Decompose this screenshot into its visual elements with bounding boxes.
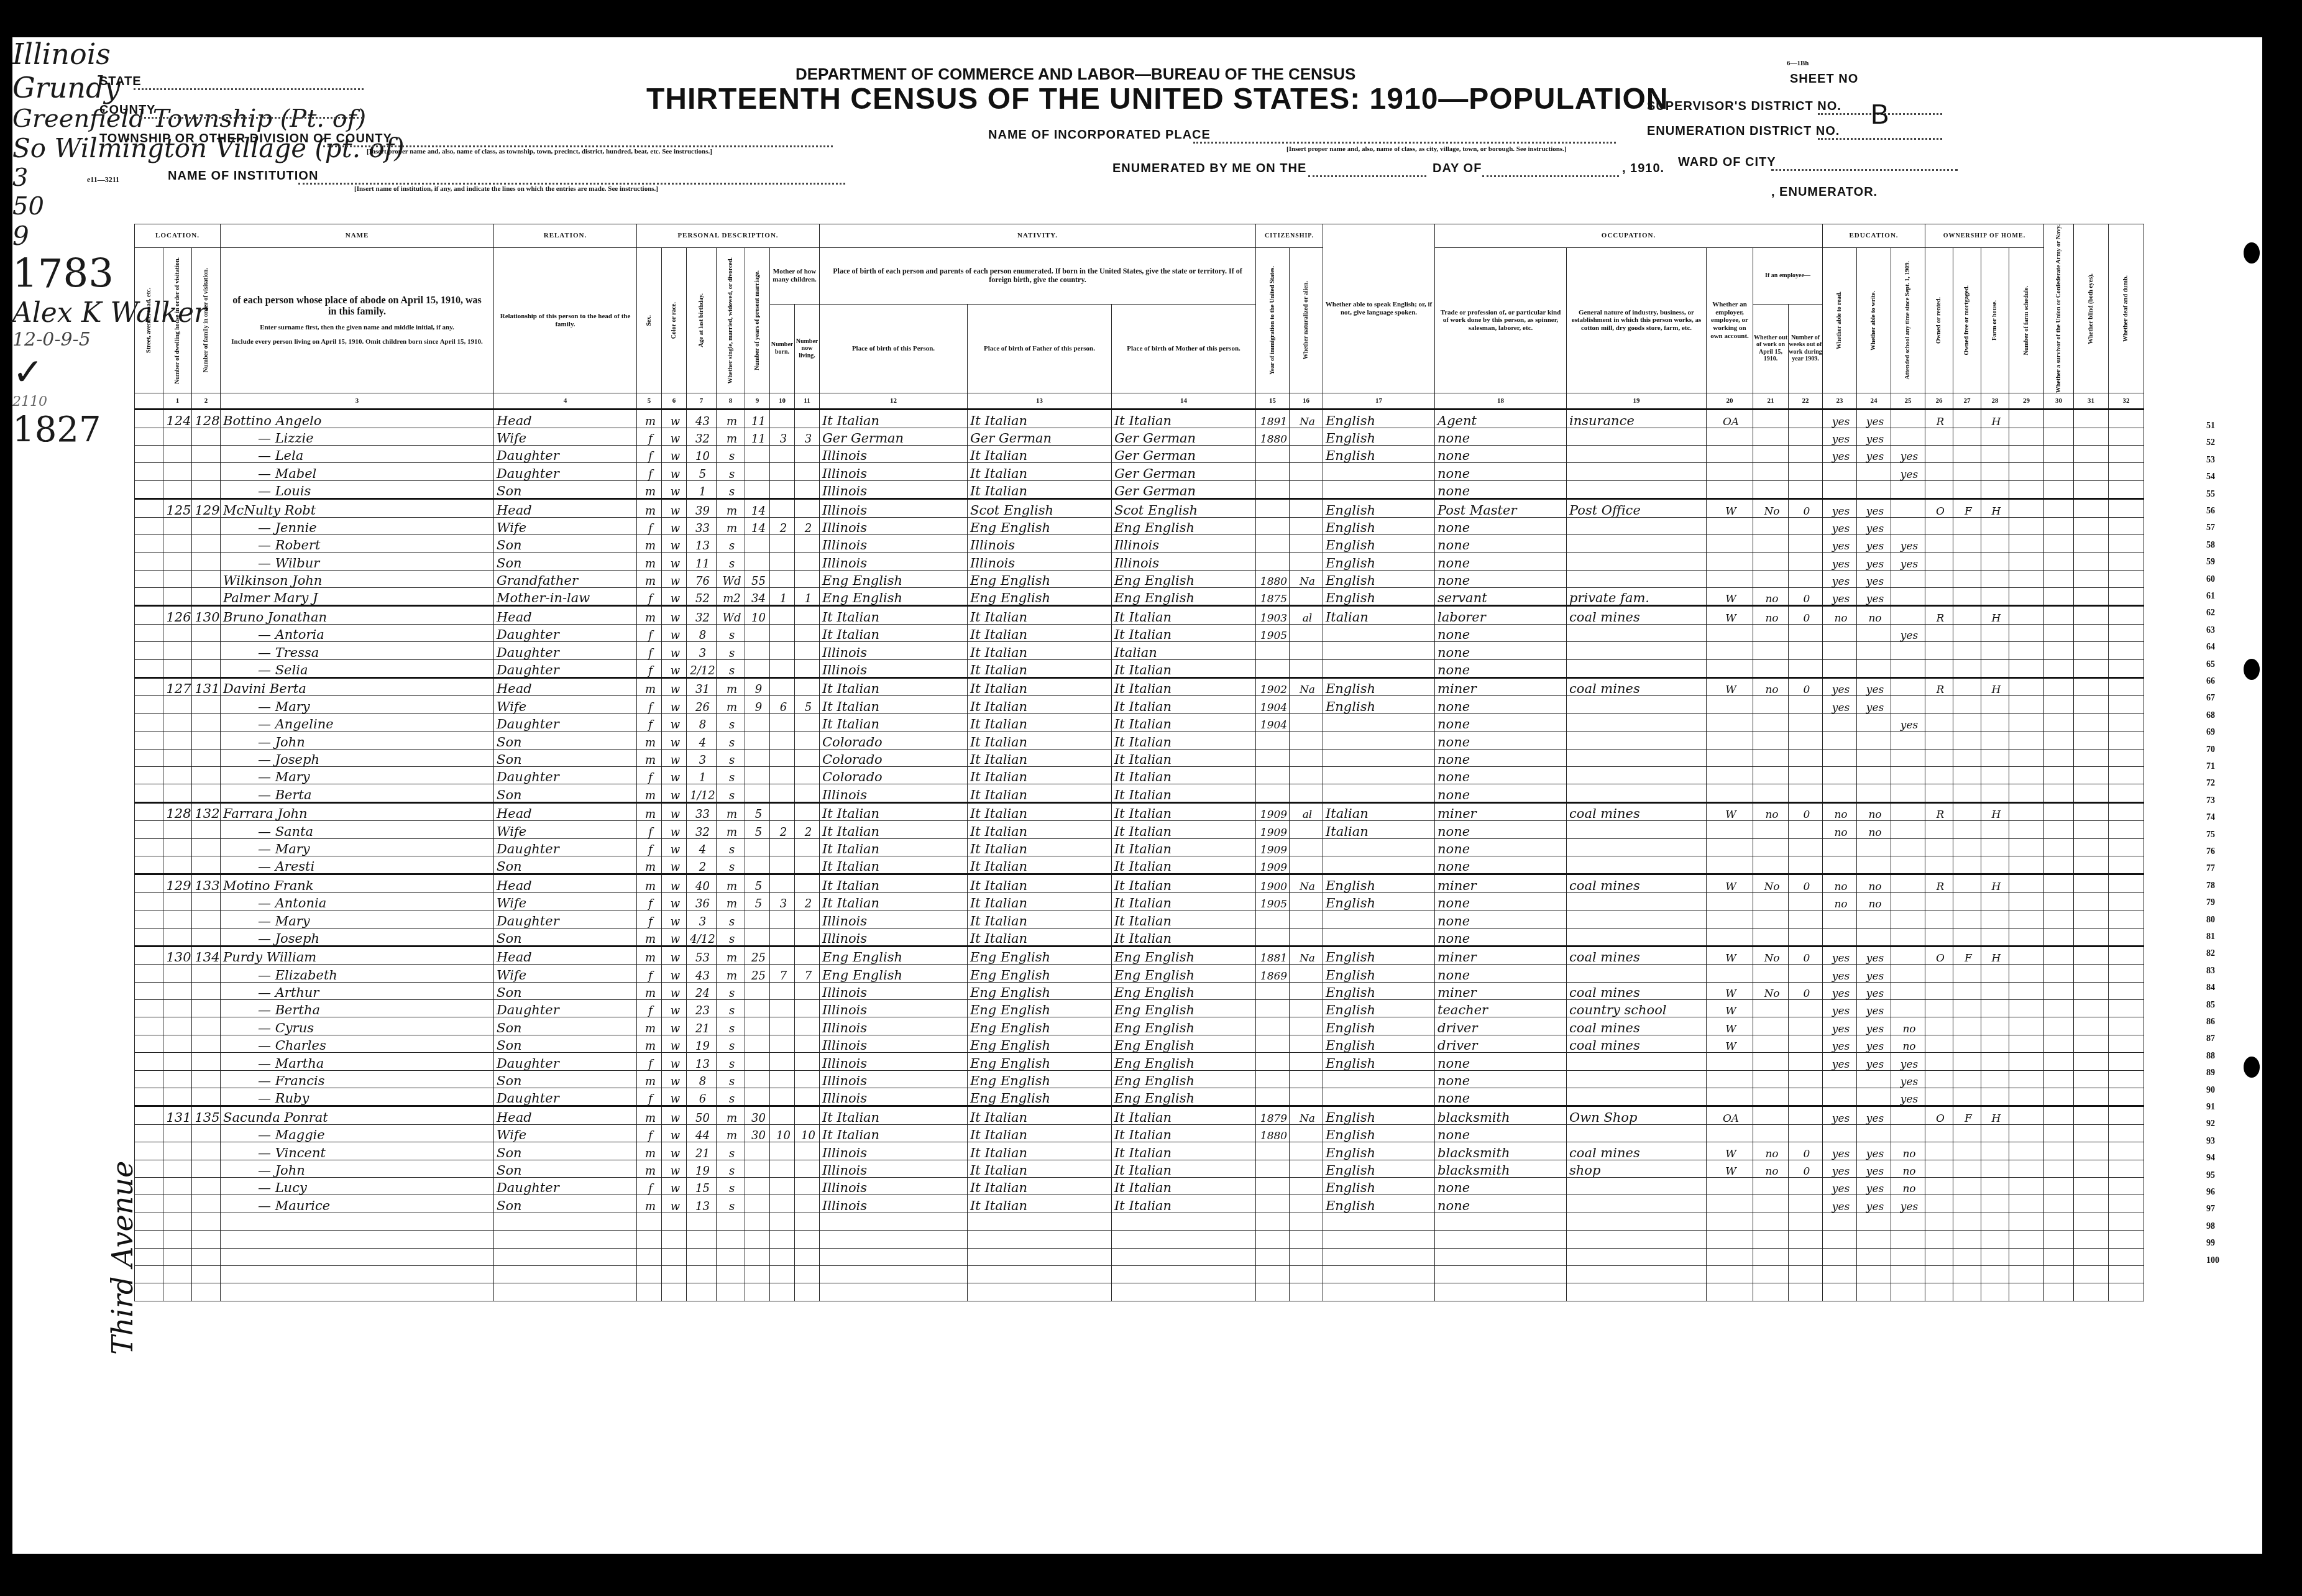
line-number: 90 [2206, 1086, 2231, 1096]
trade: none [1435, 1124, 1567, 1142]
veteran [2044, 767, 2074, 784]
free-mortgaged [1953, 588, 1981, 606]
line-number: 72 [2206, 779, 2231, 789]
naturalization: Na [1290, 570, 1323, 587]
birthplace-mother: Eng English [1112, 1070, 1256, 1088]
hdr-family: Number of family in order of visitation. [203, 268, 210, 372]
weeks-out [1789, 696, 1823, 713]
birthplace-father: It Italian [968, 713, 1112, 731]
birthplace-father: Eng English [968, 1017, 1112, 1035]
immigration-year: 1905 [1256, 624, 1290, 641]
owned-rented [1925, 713, 1953, 731]
line-number: 94 [2206, 1153, 2231, 1163]
sex: m [637, 499, 662, 517]
industry [1567, 713, 1707, 731]
hdr-nativity-instr: Place of birth of each person and parent… [820, 248, 1256, 305]
blind [2074, 1195, 2109, 1213]
column-number: 32 [2109, 393, 2144, 410]
owned-rented [1925, 1000, 1953, 1017]
can-read [1823, 731, 1857, 749]
family-number [192, 910, 221, 928]
marital-status: m [717, 1106, 745, 1124]
naturalization [1290, 821, 1323, 838]
can-write [1857, 1248, 1891, 1265]
birthplace-father: Eng English [968, 588, 1112, 606]
person-name: Motino Frank [221, 874, 494, 892]
birthplace-person: Illinois [820, 1160, 968, 1177]
free-mortgaged: F [1953, 1106, 1981, 1124]
language [1323, 856, 1435, 874]
punch-hole-icon [2244, 1057, 2260, 1078]
industry [1567, 445, 1707, 462]
attended-school [1891, 499, 1925, 517]
free-mortgaged [1953, 731, 1981, 749]
attended-school [1891, 480, 1925, 498]
relation: Head [494, 946, 637, 964]
form-number: e11—3211 [87, 175, 119, 185]
free-mortgaged [1953, 1177, 1981, 1195]
language: English [1323, 428, 1435, 445]
family-number [192, 784, 221, 802]
industry [1567, 1231, 1707, 1248]
relation: Son [494, 1017, 637, 1035]
dwelling-number [163, 731, 192, 749]
table-row: — JennieWifefw33m1422IllinoisEng English… [135, 517, 2144, 534]
employer-status: W [1707, 874, 1753, 892]
place-note: [Insert proper name and, also, name of c… [1286, 145, 1567, 153]
birthplace-mother: Ger German [1112, 445, 1256, 462]
dwelling-number [163, 1160, 192, 1177]
relation: Son [494, 1195, 637, 1213]
blind [2074, 928, 2109, 946]
naturalization: Na [1290, 874, 1323, 892]
person-name: — Lizzie [221, 428, 494, 445]
blind [2074, 642, 2109, 659]
out-of-work: No [1753, 946, 1789, 964]
column-number: 23 [1823, 393, 1857, 410]
hdr-language: Whether able to speak English; or, if no… [1323, 224, 1435, 393]
relation: Wife [494, 1124, 637, 1142]
blind [2074, 713, 2109, 731]
deaf [2109, 892, 2144, 910]
veteran [2044, 517, 2074, 534]
naturalization [1290, 534, 1323, 552]
can-write [1857, 1231, 1891, 1248]
years-married [745, 1231, 770, 1248]
children-living [795, 1160, 820, 1177]
weeks-out [1789, 1053, 1823, 1070]
column-number: 18 [1435, 393, 1567, 410]
naturalization [1290, 1248, 1323, 1265]
race: w [662, 892, 687, 910]
birthplace-person: It Italian [820, 802, 968, 820]
deaf [2109, 642, 2144, 659]
deaf [2109, 821, 2144, 838]
relation: Wife [494, 428, 637, 445]
children-born: 1 [770, 588, 795, 606]
farm-house: H [1981, 410, 2009, 428]
free-mortgaged [1953, 1213, 1981, 1230]
table-row: — JohnSonmw4sColoradoIt ItalianIt Italia… [135, 731, 2144, 749]
birthplace-person: Illinois [820, 642, 968, 659]
can-read: no [1823, 892, 1857, 910]
age: 4/12 [687, 928, 717, 946]
race: w [662, 1017, 687, 1035]
person-name [221, 1231, 494, 1248]
children-living [795, 767, 820, 784]
punch-hole-icon [2244, 659, 2260, 680]
dwelling-number: 129 [163, 874, 192, 892]
immigration-year: 1900 [1256, 874, 1290, 892]
attended-school: yes [1891, 1053, 1925, 1070]
group-ownership: OWNERSHIP OF HOME. [1925, 224, 2044, 248]
hdr-read: Whether able to read. [1836, 291, 1843, 349]
immigration-year [1256, 928, 1290, 946]
attended-school [1891, 856, 1925, 874]
trade: blacksmith [1435, 1142, 1567, 1160]
marital-status: s [717, 553, 745, 570]
street-cell [135, 892, 163, 910]
weeks-out [1789, 731, 1823, 749]
farm-house [1981, 1142, 2009, 1160]
birthplace-person: Illinois [820, 1000, 968, 1017]
person-name: — Mabel [221, 463, 494, 480]
deaf [2109, 624, 2144, 641]
trade [1435, 1248, 1567, 1265]
owned-rented [1925, 982, 1953, 999]
family-number [192, 856, 221, 874]
children-living [795, 1070, 820, 1088]
birthplace-mother: Illinois [1112, 553, 1256, 570]
relation: Head [494, 802, 637, 820]
deaf [2109, 553, 2144, 570]
farm-schedule [2009, 821, 2044, 838]
children-living: 1 [795, 588, 820, 606]
race: w [662, 713, 687, 731]
blind [2074, 588, 2109, 606]
trade: blacksmith [1435, 1106, 1567, 1124]
trade: none [1435, 767, 1567, 784]
employer-status [1707, 749, 1753, 766]
person-name: — Mary [221, 696, 494, 713]
immigration-year [1256, 1248, 1290, 1265]
relation: Daughter [494, 659, 637, 677]
column-number: 24 [1857, 393, 1891, 410]
table-row: — MaryWifefw26m965It ItalianIt ItalianIt… [135, 696, 2144, 713]
deaf [2109, 428, 2144, 445]
can-read: yes [1823, 499, 1857, 517]
age: 39 [687, 499, 717, 517]
attended-school [1891, 428, 1925, 445]
person-name: — Mary [221, 910, 494, 928]
children-born [770, 570, 795, 587]
street-cell [135, 696, 163, 713]
race: w [662, 982, 687, 999]
farm-schedule [2009, 534, 2044, 552]
dwelling-number [163, 1283, 192, 1301]
column-number: 6 [662, 393, 687, 410]
race: w [662, 553, 687, 570]
children-born [770, 480, 795, 498]
out-of-work [1753, 410, 1789, 428]
out-of-work [1753, 1231, 1789, 1248]
trade: driver [1435, 1035, 1567, 1052]
industry: coal mines [1567, 606, 1707, 624]
immigration-year [1256, 534, 1290, 552]
farm-house [1981, 1160, 2009, 1177]
county-label: COUNTY [99, 103, 155, 117]
weeks-out [1789, 1000, 1823, 1017]
sex: f [637, 1088, 662, 1106]
table-row: — TressaDaughterfw3sIllinoisIt ItalianIt… [135, 642, 2144, 659]
owned-rented [1925, 1160, 1953, 1177]
owned-rented [1925, 1177, 1953, 1195]
blind [2074, 1177, 2109, 1195]
employer-status: W [1707, 588, 1753, 606]
out-of-work: no [1753, 1160, 1789, 1177]
out-of-work [1753, 1283, 1789, 1301]
farm-schedule [2009, 749, 2044, 766]
person-name: — Tressa [221, 642, 494, 659]
farm-house [1981, 624, 2009, 641]
years-married: 5 [745, 821, 770, 838]
blind [2074, 696, 2109, 713]
industry [1567, 892, 1707, 910]
street-cell [135, 499, 163, 517]
family-number [192, 1124, 221, 1142]
dwelling-number [163, 1265, 192, 1283]
line-number: 61 [2206, 592, 2231, 602]
language [1323, 1283, 1435, 1301]
blind [2074, 1124, 2109, 1142]
hdr-blind: Whether blind (both eyes). [2088, 273, 2095, 344]
can-read: yes [1823, 696, 1857, 713]
column-number: 31 [2074, 393, 2109, 410]
farm-house [1981, 1177, 2009, 1195]
free-mortgaged [1953, 445, 1981, 462]
naturalization [1290, 838, 1323, 856]
immigration-year: 1880 [1256, 428, 1290, 445]
marital-status: m [717, 696, 745, 713]
line-number: 74 [2206, 813, 2231, 823]
owned-rented [1925, 1231, 1953, 1248]
can-write [1857, 480, 1891, 498]
can-read: no [1823, 802, 1857, 820]
trade: none [1435, 642, 1567, 659]
weeks-out [1789, 1265, 1823, 1283]
can-read [1823, 1283, 1857, 1301]
trade: teacher [1435, 1000, 1567, 1017]
owned-rented [1925, 1195, 1953, 1213]
line-number: 69 [2206, 728, 2231, 738]
weeks-out: 0 [1789, 802, 1823, 820]
person-name: — Maurice [221, 1195, 494, 1213]
hdr-birth-mother: Place of birth of Mother of this person. [1112, 304, 1256, 393]
relation: Daughter [494, 767, 637, 784]
birthplace-person: Illinois [820, 463, 968, 480]
age: 4 [687, 731, 717, 749]
owned-rented [1925, 1248, 1953, 1265]
children-living [795, 534, 820, 552]
trade: none [1435, 928, 1567, 946]
hdr-deaf: Whether deaf and dumb. [2122, 275, 2130, 342]
hdr-birth-father: Place of birth of Father of this person. [968, 304, 1112, 393]
farm-schedule [2009, 678, 2044, 696]
race: w [662, 428, 687, 445]
birthplace-person: Illinois [820, 1070, 968, 1088]
language: English [1323, 892, 1435, 910]
can-read: yes [1823, 1177, 1857, 1195]
weeks-out: 0 [1789, 1160, 1823, 1177]
state-label: STATE [99, 75, 142, 89]
relation: Daughter [494, 1000, 637, 1017]
naturalization: Na [1290, 1106, 1323, 1124]
marital-status: m [717, 874, 745, 892]
birthplace-father: Illinois [968, 553, 1112, 570]
language [1323, 1231, 1435, 1248]
owned-rented: R [1925, 606, 1953, 624]
veteran [2044, 784, 2074, 802]
race: w [662, 1142, 687, 1160]
children-born [770, 1088, 795, 1106]
farm-schedule [2009, 570, 2044, 587]
out-of-work [1753, 696, 1789, 713]
marital-status: s [717, 910, 745, 928]
free-mortgaged [1953, 553, 1981, 570]
naturalization [1290, 767, 1323, 784]
birthplace-person: Illinois [820, 499, 968, 517]
deaf [2109, 1231, 2144, 1248]
naturalization: al [1290, 802, 1323, 820]
immigration-year: 1909 [1256, 856, 1290, 874]
years-married [745, 982, 770, 999]
immigration-year [1256, 499, 1290, 517]
children-born [770, 678, 795, 696]
attended-school [1891, 588, 1925, 606]
relation: Wife [494, 517, 637, 534]
industry [1567, 928, 1707, 946]
children-born [770, 410, 795, 428]
industry: coal mines [1567, 678, 1707, 696]
race: w [662, 410, 687, 428]
enumeration-district-value: 50 [12, 192, 2262, 221]
can-write [1857, 1124, 1891, 1142]
street-cell [135, 1124, 163, 1142]
birthplace-mother: Eng English [1112, 1053, 1256, 1070]
weeks-out [1789, 749, 1823, 766]
farm-schedule [2009, 946, 2044, 964]
sex: f [637, 445, 662, 462]
table-row: — JohnSonmw19sIllinoisIt ItalianIt Itali… [135, 1160, 2144, 1177]
industry: coal mines [1567, 1017, 1707, 1035]
street-cell [135, 874, 163, 892]
birthplace-father: Eng English [968, 1088, 1112, 1106]
attended-school: yes [1891, 553, 1925, 570]
birthplace-mother: It Italian [1112, 410, 1256, 428]
sex: m [637, 1160, 662, 1177]
line-number: 75 [2206, 830, 2231, 840]
race: w [662, 965, 687, 982]
out-of-work [1753, 553, 1789, 570]
trade: none [1435, 1070, 1567, 1088]
industry: country school [1567, 1000, 1707, 1017]
line-number: 67 [2206, 694, 2231, 704]
family-number [192, 570, 221, 587]
free-mortgaged: F [1953, 946, 1981, 964]
language [1323, 1248, 1435, 1265]
trade: none [1435, 428, 1567, 445]
years-married: 10 [745, 606, 770, 624]
farm-house [1981, 588, 2009, 606]
sex [637, 1248, 662, 1265]
race: w [662, 1000, 687, 1017]
free-mortgaged [1953, 910, 1981, 928]
can-read: yes [1823, 517, 1857, 534]
deaf [2109, 1213, 2144, 1230]
dwelling-number [163, 1088, 192, 1106]
sex [637, 1213, 662, 1230]
birthplace-person [820, 1265, 968, 1283]
years-married [745, 1195, 770, 1213]
dwelling-number [163, 1142, 192, 1160]
family-number [192, 1248, 221, 1265]
out-of-work [1753, 1195, 1789, 1213]
family-number [192, 553, 221, 570]
dwelling-number: 126 [163, 606, 192, 624]
street-cell [135, 410, 163, 428]
farm-house [1981, 1088, 2009, 1106]
free-mortgaged [1953, 1231, 1981, 1248]
age: 4 [687, 838, 717, 856]
birthplace-mother: It Italian [1112, 767, 1256, 784]
birthplace-mother: It Italian [1112, 659, 1256, 677]
immigration-year: 1875 [1256, 588, 1290, 606]
table-row: — MaryDaughterfw1sColoradoIt ItalianIt I… [135, 767, 2144, 784]
veteran [2044, 410, 2074, 428]
relation: Daughter [494, 1088, 637, 1106]
employer-status [1707, 713, 1753, 731]
farm-house [1981, 659, 2009, 677]
age: 3 [687, 642, 717, 659]
free-mortgaged [1953, 1283, 1981, 1301]
table-row: — LouisSonmw1sIllinoisIt ItalianGer Germ… [135, 480, 2144, 498]
naturalization: Na [1290, 946, 1323, 964]
hdr-age: Age at last birthday. [698, 293, 705, 347]
age: 19 [687, 1160, 717, 1177]
immigration-year [1256, 1088, 1290, 1106]
birthplace-father: It Italian [968, 910, 1112, 928]
veteran [2044, 982, 2074, 999]
veteran [2044, 1160, 2074, 1177]
industry [1567, 517, 1707, 534]
street-cell [135, 982, 163, 999]
birthplace-person: Eng English [820, 588, 968, 606]
industry: coal mines [1567, 1035, 1707, 1052]
attended-school [1891, 802, 1925, 820]
trade [1435, 1265, 1567, 1283]
sex: f [637, 1053, 662, 1070]
relation: Wife [494, 696, 637, 713]
industry [1567, 642, 1707, 659]
table-row: — AntoniaWifefw36m532It ItalianIt Italia… [135, 892, 2144, 910]
naturalization [1290, 965, 1323, 982]
race: w [662, 749, 687, 766]
language: English [1323, 445, 1435, 462]
age: 43 [687, 965, 717, 982]
table-row: — MauriceSonmw13sIllinoisIt ItalianIt It… [135, 1195, 2144, 1213]
birthplace-person [820, 1213, 968, 1230]
weeks-out: 0 [1789, 1142, 1823, 1160]
